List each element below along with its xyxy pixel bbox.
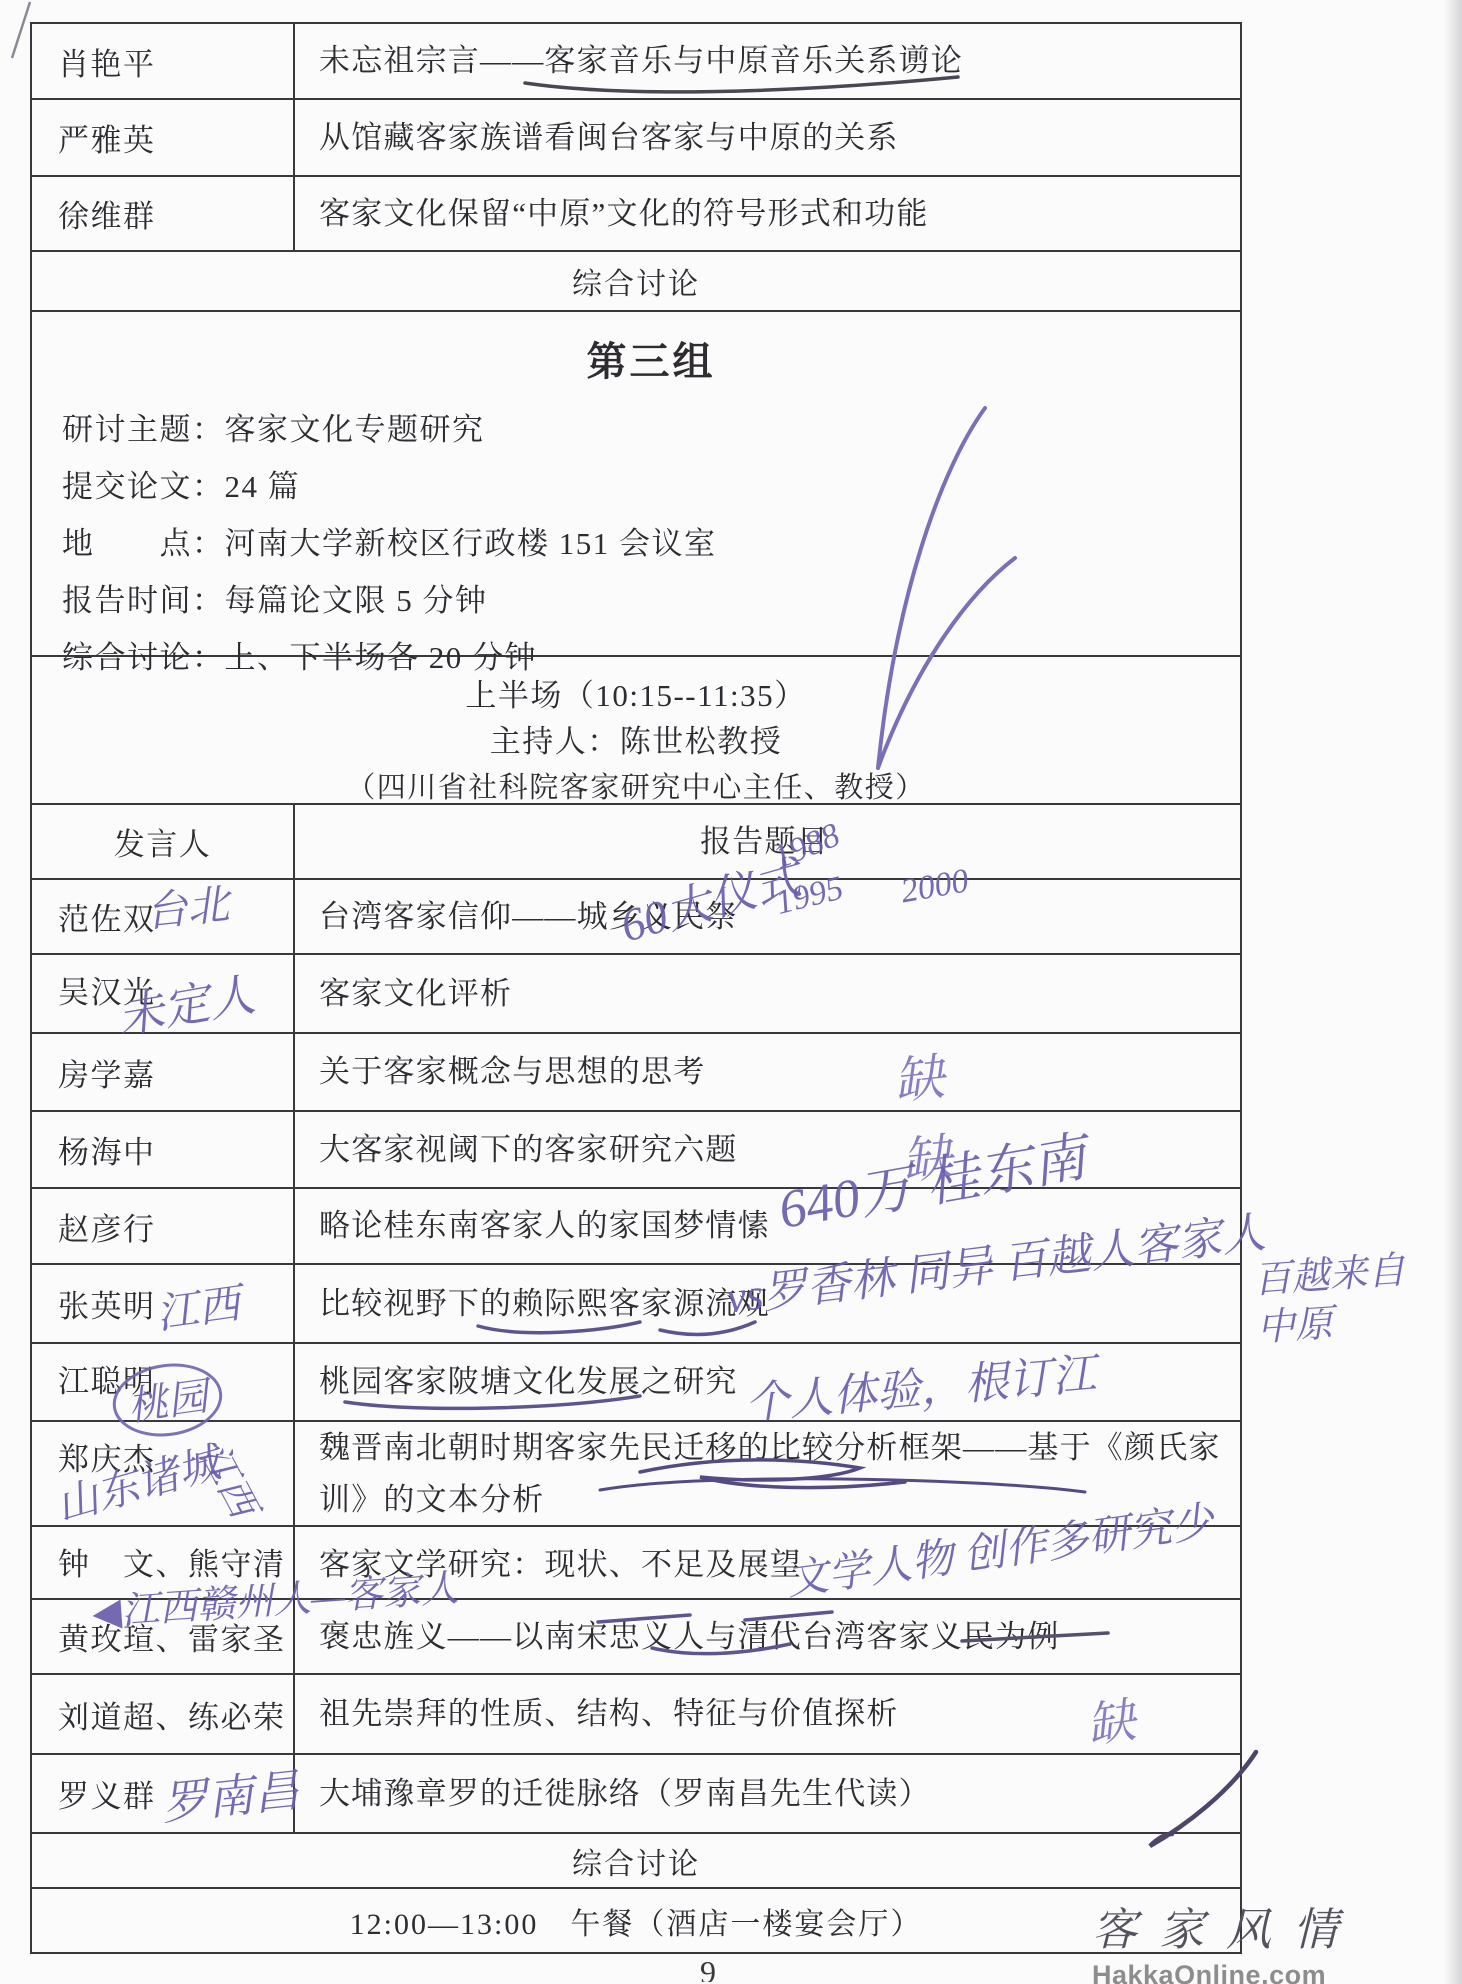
- speaker-name: 严雅英: [58, 115, 156, 160]
- speaker-cell: 赵彦行: [32, 1189, 295, 1263]
- speaker-name: 徐维群: [58, 191, 156, 236]
- report-title: 略论桂东南客家人的家国梦情愫: [319, 1200, 770, 1252]
- report-title: 客家文化保留“中原”文化的符号形式和功能: [319, 188, 929, 240]
- report-title: 桃园客家陂塘文化发展之研究: [319, 1356, 738, 1408]
- speaker-name: 房学嘉: [58, 1050, 156, 1095]
- speaker-name: 赵彦行: [58, 1204, 156, 1249]
- report-title: 大客家视阈下的客家研究六题: [319, 1124, 738, 1176]
- handwritten-note-taibei: 台北: [142, 871, 232, 939]
- lunch-label: 12:00—13:00 午餐（酒店一楼宴会厅）: [350, 1899, 923, 1943]
- scanned-document-page: 肖艳平 未忘祖宗言——客家音乐与中原音乐关系谫论 严雅英 从馆藏客家族谱看闽台客…: [0, 0, 1462, 1984]
- watermark: 客家风情 HakkaOnline.com: [1092, 1893, 1360, 1984]
- table-row: 肖艳平 未忘祖宗言——客家音乐与中原音乐关系谫论: [32, 24, 1240, 100]
- speaker-name: 罗义群: [58, 1771, 156, 1816]
- discussion-row-bottom: 综合讨论: [32, 1834, 1240, 1889]
- table-header-row: 发言人 报告题目: [32, 805, 1240, 880]
- title-cell: 大埔豫章罗的迁徙脉络（罗南昌先生代读）: [295, 1755, 1240, 1832]
- chair-line: 主持人：陈世松教授: [32, 719, 1240, 765]
- report-title: 客家文化评析: [319, 968, 512, 1020]
- table-row: 徐维群 客家文化保留“中原”文化的符号形式和功能: [32, 177, 1240, 252]
- scan-corner-artifact: [12, 2, 30, 58]
- info-line-venue: 地 点：河南大学新校区行政楼 151 会议室: [62, 515, 1240, 572]
- speaker-cell: 杨海中: [32, 1112, 295, 1187]
- speaker-name: 刘道超、练必荣: [58, 1692, 286, 1737]
- page-number: 9: [700, 1954, 716, 1982]
- speaker-cell: 刘道超、练必荣: [32, 1675, 295, 1753]
- speaker-cell: 徐维群: [32, 177, 295, 250]
- title-cell: 从馆藏客家族谱看闽台客家与中原的关系: [295, 100, 1240, 175]
- info-line-papers: 提交论文：24 篇: [62, 458, 1240, 515]
- title-cell: 未忘祖宗言——客家音乐与中原音乐关系谫论: [295, 24, 1240, 98]
- info-line-topic: 研讨主题：客家文化专题研究: [62, 401, 1240, 458]
- handwritten-absent-mark: 缺: [1082, 1681, 1139, 1756]
- speaker-cell: 房学嘉: [32, 1034, 295, 1110]
- discussion-label: 综合讨论: [572, 1839, 700, 1883]
- first-half-heading: 上半场（10:15--11:35）: [32, 673, 1240, 719]
- table-row: 刘道超、练必荣 祖先崇拜的性质、结构、特征与价值探析: [32, 1675, 1240, 1755]
- watermark-site-url: HakkaOnline.com: [1092, 1960, 1360, 1984]
- report-title: 祖先崇拜的性质、结构、特征与价值探析: [319, 1688, 899, 1740]
- report-title: 关于客家概念与思想的思考: [319, 1046, 705, 1098]
- watermark-calligraphy: 客家风情: [1092, 1893, 1360, 1958]
- title-cell: 客家文化评析: [295, 955, 1240, 1032]
- speaker-cell: 严雅英: [32, 100, 295, 175]
- speaker-name: 肖艳平: [58, 39, 156, 84]
- discussion-row-top: 综合讨论: [32, 252, 1240, 312]
- handwritten-absent-mark: 缺: [890, 1037, 947, 1114]
- title-cell: 关于客家概念与思想的思考: [295, 1034, 1240, 1110]
- speaker-name: 杨海中: [58, 1127, 156, 1172]
- speaker-name: 范佐双: [58, 894, 156, 939]
- lunch-row: 12:00—13:00 午餐（酒店一楼宴会厅）: [32, 1889, 1240, 1952]
- table-row: 严雅英 从馆藏客家族谱看闽台客家与中原的关系: [32, 100, 1240, 177]
- report-title: 比较视野下的赖际熙客家源流观: [319, 1278, 770, 1330]
- report-title: 从馆藏客家族谱看闽台客家与中原的关系: [319, 112, 899, 164]
- first-half-heading-block: 上半场（10:15--11:35） 主持人：陈世松教授 （四川省社科院客家研究中…: [32, 657, 1240, 803]
- header-speaker: 发言人: [32, 805, 295, 878]
- report-title: 褒忠旌义——以南宋忠义人与清代台湾客家义民为例: [319, 1611, 1060, 1663]
- speaker-cell: 肖艳平: [32, 24, 295, 98]
- report-title: 大埔豫章罗的迁徙脉络（罗南昌先生代读）: [319, 1768, 931, 1820]
- first-half-section: 上半场（10:15--11:35） 主持人：陈世松教授 （四川省社科院客家研究中…: [32, 657, 1240, 805]
- discussion-label: 综合讨论: [572, 259, 700, 303]
- handwritten-note-jiangxi: 江西: [152, 1270, 244, 1341]
- table-row: 房学嘉 关于客家概念与思想的思考: [32, 1034, 1240, 1112]
- speaker-name: 张英明: [58, 1281, 156, 1326]
- group-title: 第三组: [62, 330, 1240, 387]
- scan-edge-shadow: [1444, 0, 1462, 1984]
- group-info: 第三组 研讨主题：客家文化专题研究 提交论文：24 篇 地 点：河南大学新校区行…: [32, 312, 1240, 655]
- group-info-section: 第三组 研讨主题：客家文化专题研究 提交论文：24 篇 地 点：河南大学新校区行…: [32, 312, 1240, 657]
- report-title: 未忘祖宗言——客家音乐与中原音乐关系谫论: [319, 35, 963, 87]
- title-cell: 客家文化保留“中原”文化的符号形式和功能: [295, 177, 1240, 250]
- handwritten-note-margin: 百越来自中原: [1252, 1246, 1430, 1353]
- info-line-time-limit: 报告时间：每篇论文限 5 分钟: [62, 572, 1240, 629]
- header-speaker-label: 发言人: [114, 819, 212, 864]
- title-cell: 大客家视阈下的客家研究六题: [295, 1112, 1240, 1187]
